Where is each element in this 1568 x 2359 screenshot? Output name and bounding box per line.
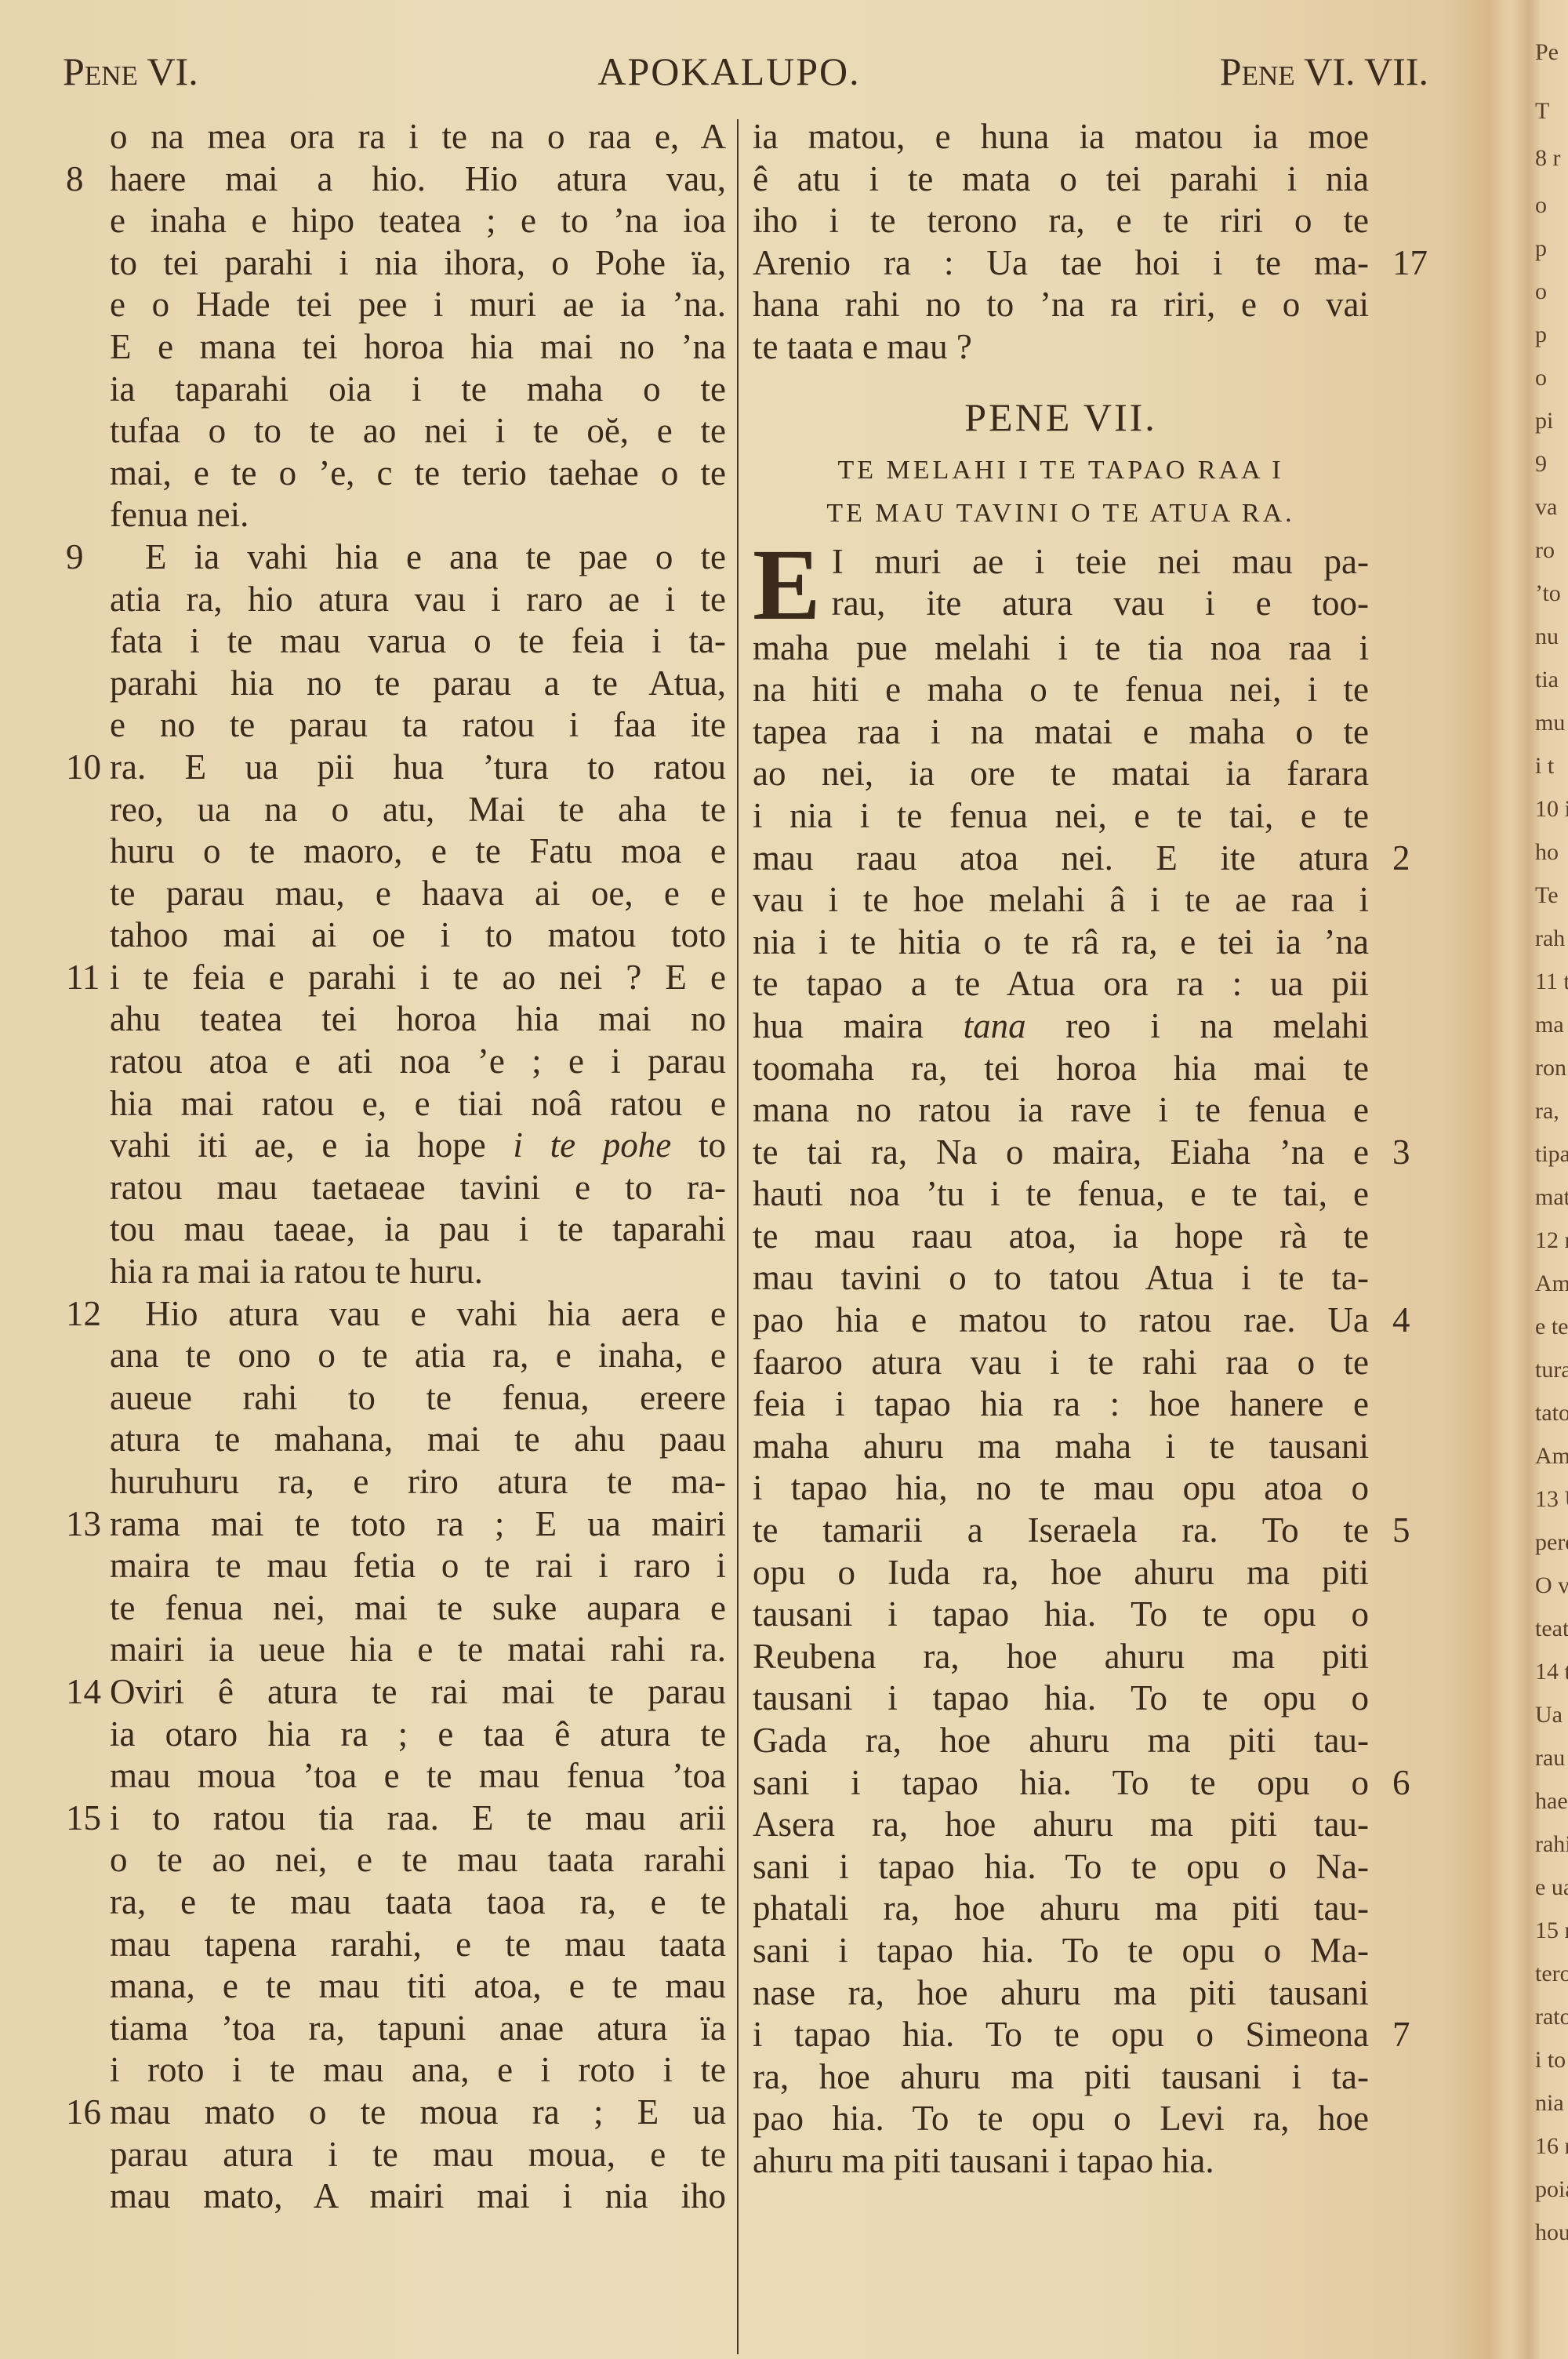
text-line: parau atura i te mau moua, e te <box>110 2134 726 2176</box>
line-text: ahuru ma piti tausani i tapao hia. <box>753 2141 1214 2180</box>
text-line: te taata e mau ? <box>753 326 1369 369</box>
line-text: opu o Iuda ra, hoe ahuru ma piti <box>753 1553 1369 1592</box>
text-line: opu o Iuda ra, hoe ahuru ma piti <box>753 1552 1369 1594</box>
line-text: rama mai te toto ra ; E ua mairi <box>110 1504 726 1543</box>
adjacent-page-fragment: 10 i te <box>1535 796 1568 823</box>
line-text: maha ahuru ma maha i te tausani <box>753 1427 1369 1466</box>
text-line: Reubena ra, hoe ahuru ma piti <box>753 1636 1369 1678</box>
line-text: mau tapena rarahi, e te mau taata <box>110 1925 726 1964</box>
line-text: hua maira tana reo i na melahi <box>753 1006 1369 1045</box>
text-line: haere mai a hio. Hio atura vau,8 <box>110 158 726 201</box>
italic-text: tana <box>964 1006 1026 1045</box>
adjacent-page-fragment: o <box>1535 278 1547 305</box>
text-line: mau tapena rarahi, e te mau taata <box>110 1924 726 1966</box>
text-line: parahi hia no te parau a te Atua, <box>110 663 726 705</box>
text-line: Hio atura vau e vahi hia aera e12 <box>110 1293 726 1336</box>
line-text: Reubena ra, hoe ahuru ma piti <box>753 1637 1369 1676</box>
text-line: mana, e te mau titi atoa, e te mau <box>110 1965 726 2008</box>
line-text: e no te parau ta ratou i faa ite <box>110 705 726 744</box>
adjacent-page-fragment: Am <box>1535 1270 1568 1297</box>
text-line: nase ra, hoe ahuru ma piti tausani <box>753 1972 1369 2015</box>
text-line: i tapao hia, no te mau opu atoa o <box>753 1467 1369 1510</box>
adjacent-page-fragment: 14 tou <box>1535 1659 1568 1685</box>
adjacent-page-fragment: o <box>1535 192 1547 219</box>
text-line: ra, e te mau taata taoa ra, e te <box>110 1881 726 1924</box>
adjacent-page-fragment: nu <box>1535 623 1559 650</box>
adjacent-page-fragment: mat <box>1535 1184 1568 1211</box>
verse-number: 7 <box>1392 2014 1447 2056</box>
adjacent-page-fragment: pi <box>1535 408 1553 434</box>
text-line: te mau raau atoa, ia hope rà te <box>753 1216 1369 1258</box>
adjacent-page-fragment: teron <box>1535 1961 1568 1987</box>
bible-page: Pene VI. APOKALUPO. Pene VI. VII. o na m… <box>0 0 1458 2359</box>
drop-cap-letter: E <box>753 546 821 627</box>
text-line: maha pue melahi i te tia noa raa i <box>753 627 1369 670</box>
text-line: Gada ra, hoe ahuru ma piti tau- <box>753 1720 1369 1762</box>
line-text: feia i tapao hia ra : hoe hanere e <box>753 1384 1369 1423</box>
text-line: ia taparahi oia i te maha o te <box>110 369 726 411</box>
line-text: te tai ra, Na o maira, Eiaha ’na e <box>753 1132 1369 1172</box>
text-line: sani i tapao hia. To te opu o Ma- <box>753 1930 1369 1972</box>
verse-number: 17 <box>1392 242 1447 285</box>
verse-number: 6 <box>1392 1762 1447 1805</box>
line-text: tou mau taeae, ia pau i te taparahi <box>110 1209 726 1249</box>
verse-number: 14 <box>66 1671 105 1714</box>
text-line: sani i tapao hia. To te opu o6 <box>753 1762 1369 1805</box>
text-line: ra, hoe ahuru ma piti tausani i ta- <box>753 2056 1369 2099</box>
text-line: ahu teatea tei horoa hia mai no <box>110 998 726 1041</box>
line-text: haere mai a hio. Hio atura vau, <box>110 159 726 198</box>
line-text: ao nei, ia ore te matai ia farara <box>753 754 1369 793</box>
text-line: faaroo atura vau i te rahi raa o te <box>753 1342 1369 1384</box>
text-line: maha ahuru ma maha i te tausani <box>753 1426 1369 1468</box>
line-text: vahi iti ae, e ia hope i te pohe to <box>110 1125 726 1165</box>
text-line: tufaa o to te ao nei i te oĕ, e te <box>110 410 726 453</box>
line-text: na hiti e maha o te fenua nei, i te <box>753 670 1369 709</box>
line-text: ê atu i te mata o tei parahi i nia <box>753 159 1369 198</box>
chapter-summary-line-2: TE MAU TAVINI O TE ATUA RA. <box>753 492 1369 535</box>
line-text: maira te mau fetia o te rai i raro i <box>110 1546 726 1585</box>
line-text: hia mai ratou e, e tiai noâ ratou e <box>110 1084 726 1123</box>
adjacent-page-fragment: 12 mon <box>1535 1227 1568 1254</box>
line-text: sani i tapao hia. To te opu o Ma- <box>753 1931 1369 1970</box>
line-text: atura te mahana, mai te ahu paau <box>110 1419 726 1459</box>
line-text: I muri ae i teie nei mau pa- <box>832 542 1369 581</box>
text-line: aueue rahi to te fenua, ereere <box>110 1377 726 1419</box>
drop-cap-lines: I muri ae i teie nei mau pa-rau, ite atu… <box>832 541 1369 625</box>
line-text: parau atura i te mau moua, e te <box>110 2135 726 2174</box>
line-text: i to ratou tia raa. E te mau arii <box>110 1798 726 1837</box>
running-head: Pene VI. APOKALUPO. Pene VI. VII. <box>0 49 1458 104</box>
adjacent-page-fragment: 8 r <box>1535 145 1561 172</box>
verse-number: 8 <box>66 158 105 201</box>
text-line: mairi ia ueue hia e te matai rahi ra. <box>110 1629 726 1671</box>
line-text: pao hia e matou to ratou rae. Ua <box>753 1300 1369 1339</box>
text-line: maira te mau fetia o te rai i raro i <box>110 1545 726 1587</box>
adjacent-page-fragment: i to <box>1535 2047 1566 2074</box>
adjacent-page-fragment: 9 <box>1535 451 1547 478</box>
text-line: hauti noa ’tu i te fenua, e te tai, e <box>753 1173 1369 1216</box>
adjacent-page-fragment: e te <box>1535 1314 1568 1340</box>
line-text: mau raau atoa nei. E ite atura <box>753 838 1369 878</box>
line-text: to tei parahi i nia ihora, o Pohe ïa, <box>110 243 726 282</box>
adjacent-page-fragment: ’to <box>1535 580 1561 607</box>
text-line: ê atu i te mata o tei parahi i nia <box>753 158 1369 201</box>
text-line: tapea raa i na matai e maha o te <box>753 711 1369 754</box>
adjacent-page-fragment: poia <box>1535 2176 1568 2203</box>
text-line: Arenio ra : Ua tae hoi i te ma-17 <box>753 242 1369 285</box>
text-line: ratou atoa e ati noa ’e ; e i parau <box>110 1041 726 1083</box>
adjacent-page-fragment: ron <box>1535 1055 1566 1081</box>
line-text: i te feia e parahi i te ao nei ? E e <box>110 958 726 997</box>
text-line: te tai ra, Na o maira, Eiaha ’na e3 <box>753 1132 1369 1174</box>
text-line: reo, ua na o atu, Mai te aha te <box>110 789 726 831</box>
adjacent-page-fragment: i t <box>1535 753 1554 780</box>
line-text: tausani i tapao hia. To te opu o <box>753 1678 1369 1717</box>
text-line: te tamarii a Iseraela ra. To te5 <box>753 1510 1369 1552</box>
adjacent-page-fragment: tipa <box>1535 1141 1568 1168</box>
adjacent-page-fragment: tura <box>1535 1357 1568 1383</box>
chapter-7-body: maha pue melahi i te tia noa raa ina hit… <box>753 627 1369 2183</box>
text-line: mau mato, A mairi mai i nia iho <box>110 2175 726 2218</box>
text-line: tiama ’toa ra, tapuni anae atura ïa <box>110 2008 726 2050</box>
line-text: ra, e te mau taata taoa ra, e te <box>110 1882 726 1921</box>
line-text: Asera ra, hoe ahuru ma piti tau- <box>753 1805 1369 1844</box>
line-text: sani i tapao hia. To te opu o <box>753 1763 1369 1802</box>
line-text: mau mato, A mairi mai i nia iho <box>110 2176 726 2215</box>
text-line: e o Hade tei pee i muri ae ia ’na. <box>110 284 726 326</box>
text-line: pao hia e matou to ratou rae. Ua4 <box>753 1299 1369 1342</box>
text-line: nia i te hitia o te râ ra, e tei ia ’na <box>753 921 1369 964</box>
line-text: mau tavini o to tatou Atua i te ta- <box>753 1258 1369 1297</box>
text-line: e inaha e hipo teatea ; e to ’na ioa <box>110 200 726 242</box>
text-line: ia otaro hia ra ; e taa ê atura te <box>110 1714 726 1756</box>
line-text: ia taparahi oia i te maha o te <box>110 369 726 409</box>
adjacent-page-fragment: nia <box>1535 2090 1564 2117</box>
adjacent-page-fragment: tia <box>1535 667 1559 693</box>
line-text: ana te ono o te atia ra, e inaha, e <box>110 1336 726 1375</box>
adjacent-page-fragment: Pe <box>1535 39 1559 66</box>
text-line: fata i te mau varua o te feia i ta- <box>110 620 726 663</box>
adjacent-page-fragment: T <box>1535 98 1549 125</box>
text-line: i roto i te mau ana, e i roto i te <box>110 2049 726 2092</box>
text-line: mau tavini o to tatou Atua i te ta- <box>753 1257 1369 1299</box>
text-line: e no te parau ta ratou i faa ite <box>110 704 726 747</box>
verse-number: 12 <box>66 1293 105 1336</box>
adjacent-page-fragment: 11 te <box>1535 969 1568 995</box>
line-text: te taata e mau ? <box>753 327 972 366</box>
line-text: mana, e te mau titi atoa, e te mau <box>110 1966 726 2005</box>
line-text: iho i te terono ra, e te riri o te <box>753 201 1369 240</box>
text-line: atia ra, hio atura vau i raro ae i te <box>110 579 726 621</box>
text-line: te tapao a te Atua ora ra : ua pii <box>753 963 1369 1005</box>
line-text: E e mana tei horoa hia mai no ’na <box>110 327 726 366</box>
text-line: vahi iti ae, e ia hope i te pohe to <box>110 1125 726 1167</box>
adjacent-page-fragment: rahi <box>1535 1831 1568 1858</box>
text-line: ra. E ua pii hua ’tura to ratou10 <box>110 747 726 789</box>
line-text: e o Hade tei pee i muri ae ia ’na. <box>110 285 726 324</box>
line-text: te parau mau, e haava ai oe, e e <box>110 874 726 913</box>
line-text: mairi ia ueue hia e te matai rahi ra. <box>110 1630 726 1669</box>
adjacent-page-fragment: Am <box>1535 1443 1568 1470</box>
line-text: te tapao a te Atua ora ra : ua pii <box>753 964 1369 1003</box>
text-line: mai, e te o ’e, c te terio taehae o te <box>110 453 726 495</box>
adjacent-page-fragment: haer <box>1535 1788 1568 1815</box>
adjacent-page-fragment: p <box>1535 235 1547 262</box>
line-text: reo, ua na o atu, Mai te aha te <box>110 790 726 829</box>
text-line: huruhuru ra, e riro atura te ma- <box>110 1461 726 1503</box>
verse-number: 16 <box>66 2092 105 2134</box>
text-line: i te feia e parahi i te ao nei ? E e11 <box>110 957 726 999</box>
text-line: pao hia. To te opu o Levi ra, hoe <box>753 2098 1369 2140</box>
text-line: hia ra mai ia ratou te huru. <box>110 1251 726 1293</box>
text-line: Asera ra, hoe ahuru ma piti tau- <box>753 1804 1369 1846</box>
text-line: mau moua ’toa e te mau fenua ’toa <box>110 1755 726 1797</box>
line-text: sani i tapao hia. To te opu o Na- <box>753 1847 1369 1886</box>
adjacent-page-fragment: ro <box>1535 537 1555 564</box>
text-line: huru o te maoro, e te Fatu moa e <box>110 831 726 873</box>
adjacent-page-fragment: teat <box>1535 1616 1568 1642</box>
line-text: mau mato o te moua ra ; E ua <box>110 2092 726 2132</box>
line-text: tausani i tapao hia. To te opu o <box>753 1594 1369 1634</box>
line-text: o te ao nei, e te mau taata rarahi <box>110 1840 726 1879</box>
text-line: ia matou, e huna ia matou ia moe <box>753 116 1369 158</box>
text-line: na hiti e maha o te fenua nei, i te <box>753 669 1369 711</box>
chapter-summary-line-1: TE MELAHI I TE TAPAO RAA I <box>753 449 1369 492</box>
verse-number: 9 <box>66 536 105 579</box>
text-line: o te ao nei, e te mau taata rarahi <box>110 1839 726 1881</box>
adjacent-page-fragment: rau <box>1535 1745 1565 1772</box>
verse-number: 11 <box>66 957 105 999</box>
text-line: rau, ite atura vau i e too- <box>832 583 1369 625</box>
verse-number: 10 <box>66 747 105 789</box>
line-text: parahi hia no te parau a te Atua, <box>110 663 726 703</box>
line-text: vau i te hoe melahi â i te ae raa i <box>753 880 1369 919</box>
line-text: hana rahi no to ’na ra riri, e o vai <box>753 285 1369 324</box>
text-line: tou mau taeae, ia pau i te taparahi <box>110 1209 726 1251</box>
text-line: ahuru ma piti tausani i tapao hia. <box>753 2140 1369 2183</box>
verse-number: 3 <box>1392 1132 1447 1174</box>
text-line: i nia i te fenua nei, e te tai, e te <box>753 795 1369 838</box>
text-line: to tei parahi i nia ihora, o Pohe ïa, <box>110 242 726 285</box>
line-text: nia i te hitia o te râ ra, e tei ia ’na <box>753 922 1369 961</box>
text-line: feia i tapao hia ra : hoe hanere e <box>753 1383 1369 1426</box>
text-line: hia mai ratou e, e tiai noâ ratou e <box>110 1083 726 1125</box>
line-text: Oviri ê atura te rai mai te parau <box>110 1672 726 1711</box>
line-text: huruhuru ra, e riro atura te ma- <box>110 1462 726 1501</box>
adjacent-page-fragment: mu <box>1535 710 1565 736</box>
chapter-heading: PENE VII. <box>753 386 1369 449</box>
line-text: hia ra mai ia ratou te huru. <box>110 1252 483 1291</box>
line-text: ra, hoe ahuru ma piti tausani i ta- <box>753 2057 1369 2096</box>
adjacent-page-fragment: O v <box>1535 1572 1568 1599</box>
line-text: huru o te maoro, e te Fatu moa e <box>110 831 726 871</box>
adjacent-page-fragment: 16 roto <box>1535 2133 1568 2160</box>
text-line: hana rahi no to ’na ra riri, e o vai <box>753 284 1369 326</box>
text-line: te parau mau, e haava ai oe, e e <box>110 873 726 915</box>
adjacent-page-fragment: va <box>1535 494 1557 521</box>
line-text: o na mea ora ra i te na o raa e, A <box>110 117 726 156</box>
line-text: faaroo atura vau i te rahi raa o te <box>753 1343 1369 1382</box>
right-text-column: ia matou, e huna ia matou ia moeê atu i … <box>753 116 1369 2183</box>
adjacent-page-fragment: o <box>1535 365 1547 391</box>
line-text: ratou mau taetaeae tavini e to ra- <box>110 1168 726 1207</box>
line-text: e inaha e hipo teatea ; e to ’na ioa <box>110 201 726 240</box>
text-line: te fenua nei, mai te suke aupara e <box>110 1587 726 1630</box>
line-text: Arenio ra : Ua tae hoi i te ma- <box>753 243 1369 282</box>
adjacent-page-fragment: p <box>1535 322 1547 348</box>
line-text: pao hia. To te opu o Levi ra, hoe <box>753 2099 1369 2138</box>
text-line: hua maira tana reo i na melahi <box>753 1005 1369 1048</box>
verse-number: 4 <box>1392 1299 1447 1342</box>
line-text: i nia i te fenua nei, e te tai, e te <box>753 796 1369 835</box>
line-text: nase ra, hoe ahuru ma piti tausani <box>753 1973 1369 2012</box>
text-line: vau i te hoe melahi â i te ae raa i <box>753 879 1369 921</box>
verse-number: 15 <box>66 1797 105 1840</box>
line-text: mai, e te o ’e, c te terio taehae o te <box>110 453 726 493</box>
text-line: sani i tapao hia. To te opu o Na- <box>753 1846 1369 1888</box>
line-text: hauti noa ’tu i te fenua, e te tai, e <box>753 1174 1369 1213</box>
text-line: tausani i tapao hia. To te opu o <box>753 1677 1369 1720</box>
text-line: i to ratou tia raa. E te mau arii15 <box>110 1797 726 1840</box>
line-text: te tamarii a Iseraela ra. To te <box>753 1510 1369 1550</box>
line-text: te mau raau atoa, ia hope rà te <box>753 1216 1369 1256</box>
text-line: ratou mau taetaeae tavini e to ra- <box>110 1167 726 1209</box>
text-line: mau raau atoa nei. E ite atura2 <box>753 838 1369 880</box>
text-line: I muri ae i teie nei mau pa- <box>832 541 1369 583</box>
adjacent-page-fragment: rah <box>1535 925 1565 952</box>
adjacent-page-fragment: pere <box>1535 1529 1568 1556</box>
adjacent-page-fragment: 15 ra. <box>1535 1917 1568 1944</box>
text-line: rama mai te toto ra ; E ua mairi13 <box>110 1503 726 1546</box>
line-text: aueue rahi to te fenua, ereere <box>110 1378 726 1417</box>
line-text: ratou atoa e ati noa ’e ; e i parau <box>110 1041 726 1081</box>
line-text: atia ra, hio atura vau i raro ae i te <box>110 580 726 619</box>
adjacent-page-fragment: Te <box>1535 882 1559 909</box>
line-text: mau moua ’toa e te mau fenua ’toa <box>110 1756 726 1795</box>
chapter-6-ending: ia matou, e huna ia matou ia moeê atu i … <box>753 116 1369 369</box>
line-text: fata i te mau varua o te feia i ta- <box>110 621 726 660</box>
text-line: mau mato o te moua ra ; E ua16 <box>110 2092 726 2134</box>
text-line: ao nei, ia ore te matai ia farara <box>753 753 1369 795</box>
line-text: ra. E ua pii hua ’tura to ratou <box>110 747 726 787</box>
verse-number: 13 <box>66 1503 105 1546</box>
text-line: mana no ratou ia rave i te fenua e <box>753 1089 1369 1132</box>
text-line: atura te mahana, mai te ahu paau <box>110 1419 726 1461</box>
text-line: iho i te terono ra, e te riri o te <box>753 200 1369 242</box>
adjacent-page-fragment: ma <box>1535 1012 1564 1038</box>
adjacent-page-fragment: tato <box>1535 1400 1568 1427</box>
text-line: fenua nei. <box>110 494 726 536</box>
line-text: Gada ra, hoe ahuru ma piti tau- <box>753 1721 1369 1760</box>
line-text: phatali ra, hoe ahuru ma piti tau- <box>753 1888 1369 1928</box>
text-line: tausani i tapao hia. To te opu o <box>753 1594 1369 1636</box>
line-text: tiama ’toa ra, tapuni anae atura ïa <box>110 2008 726 2048</box>
line-text: E ia vahi hia e ana te pae o te <box>110 537 726 576</box>
chapter-opening: E I muri ae i teie nei mau pa-rau, ite a… <box>753 541 1369 625</box>
text-line: toomaha ra, tei horoa hia mai te <box>753 1048 1369 1090</box>
line-text: Hio atura vau e vahi hia aera e <box>110 1294 726 1333</box>
line-text: ahu teatea tei horoa hia mai no <box>110 999 726 1038</box>
line-text: toomaha ra, tei horoa hia mai te <box>753 1049 1369 1088</box>
text-line: phatali ra, hoe ahuru ma piti tau- <box>753 1888 1369 1930</box>
line-text: rau, ite atura vau i e too- <box>832 583 1369 623</box>
line-text: i tapao hia. To te opu o Simeona <box>753 2015 1369 2054</box>
line-text: i tapao hia, no te mau opu atoa o <box>753 1468 1369 1507</box>
text-line: o na mea ora ra i te na o raa e, A <box>110 116 726 158</box>
adjacent-page-edge: PeT8 ropopopi9varo’tonutiamui t10 i teho… <box>1535 0 1568 2359</box>
adjacent-page-fragment: ra, <box>1535 1098 1559 1125</box>
adjacent-page-fragment: 13 U <box>1535 1486 1568 1513</box>
line-text: i roto i te mau ana, e i roto i te <box>110 2050 726 2089</box>
text-line: i tapao hia. To te opu o Simeona7 <box>753 2014 1369 2056</box>
line-text: ia otaro hia ra ; e taa ê atura te <box>110 1714 726 1754</box>
adjacent-page-fragment: e ua <box>1535 1874 1568 1901</box>
line-text: tahoo mai ai oe i to matou toto <box>110 915 726 954</box>
text-line: Oviri ê atura te rai mai te parau14 <box>110 1671 726 1714</box>
verse-number: 2 <box>1392 838 1447 880</box>
line-text: maha pue melahi i te tia noa raa i <box>753 628 1369 667</box>
text-line: ana te ono o te atia ra, e inaha, e <box>110 1335 726 1377</box>
text-line: E e mana tei horoa hia mai no ’na <box>110 326 726 369</box>
line-text: fenua nei. <box>110 495 249 534</box>
adjacent-page-fragment: Ua <box>1535 1702 1563 1728</box>
line-text: tufaa o to te ao nei i te oĕ, e te <box>110 411 726 450</box>
adjacent-page-fragment: ho <box>1535 839 1559 866</box>
text-line: E ia vahi hia e ana te pae o te9 <box>110 536 726 579</box>
left-text-column: o na mea ora ra i te na o raa e, Ahaere … <box>110 116 726 2218</box>
text-line: tahoo mai ai oe i to matou toto <box>110 914 726 957</box>
column-divider <box>737 119 739 2354</box>
line-text: ia matou, e huna ia matou ia moe <box>753 117 1369 156</box>
line-text: te fenua nei, mai te suke aupara e <box>110 1588 726 1627</box>
verse-number: 5 <box>1392 1510 1447 1552</box>
adjacent-page-fragment: hou : <box>1535 2219 1568 2246</box>
italic-text: i te pohe <box>513 1125 671 1165</box>
line-text: mana no ratou ia rave i te fenua e <box>753 1090 1369 1129</box>
line-text: tapea raa i na matai e maha o te <box>753 712 1369 751</box>
adjacent-page-fragment: ratou <box>1535 2004 1568 2030</box>
running-head-right: Pene VI. VII. <box>1220 49 1428 94</box>
